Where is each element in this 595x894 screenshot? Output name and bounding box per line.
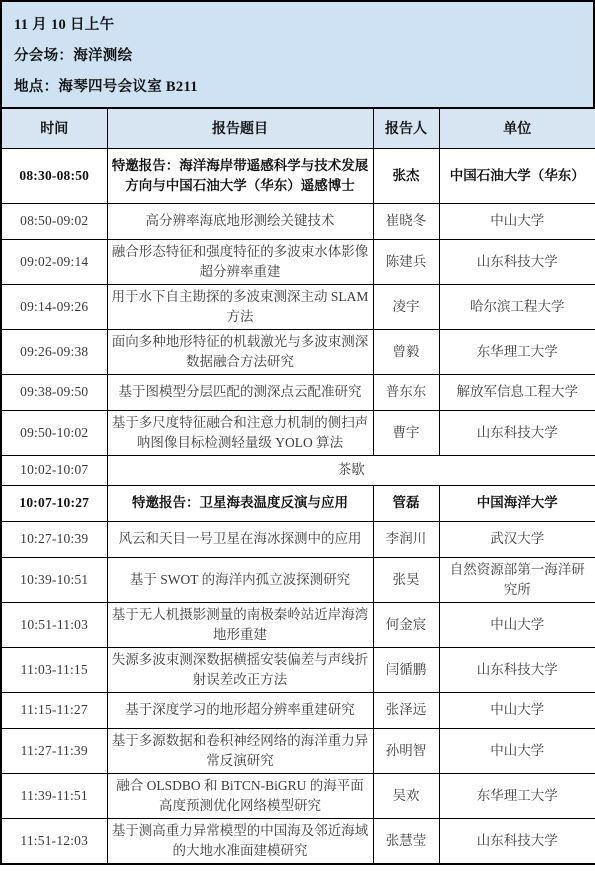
schedule-row: 09:14-09:26用于水下自主勘探的多波束测深主动 SLAM 方法凌宇哈尔滨… <box>1 284 595 329</box>
speaker-affiliation: 东华理工大学 <box>439 329 595 374</box>
schedule-row: 10:51-11:03基于无人机摄影测量的南极秦岭站近岸海湾地形重建何金宸中山大… <box>1 602 595 647</box>
talk-title: 融合形态特征和强度特征的多波束水体影像超分辨率重建 <box>107 239 373 284</box>
session-location: 地点：海琴四号会议室 B211 <box>14 72 581 103</box>
time-cell: 11:27-11:39 <box>1 728 107 773</box>
schedule-row: 11:51-12:03基于测高重力异常模型的中国海及邻近海域的大地水准面建模研究… <box>1 818 595 864</box>
speaker-name: 崔晓冬 <box>373 203 439 239</box>
time-cell: 08:50-09:02 <box>1 203 107 239</box>
time-cell: 10:07-10:27 <box>1 485 107 521</box>
talk-title: 基于多尺度特征融合和注意力机制的侧扫声呐图像目标检测轻量级 YOLO 算法 <box>107 410 373 455</box>
talk-title: 基于 SWOT 的海洋内孤立波探测研究 <box>107 557 373 602</box>
schedule-table: 时间 报告题目 报告人 单位 08:30-08:50特邀报告：海洋海岸带遥感科学… <box>0 107 595 865</box>
speaker-affiliation: 中国石油大学（华东） <box>439 148 595 203</box>
speaker-affiliation: 东华理工大学 <box>439 773 595 818</box>
speaker-affiliation: 中山大学 <box>439 203 595 239</box>
time-cell: 11:51-12:03 <box>1 818 107 864</box>
schedule-row: 11:27-11:39基于多源数据和卷积神经网络的海洋重力异常反演研究孙明智中山… <box>1 728 595 773</box>
column-header-row: 时间 报告题目 报告人 单位 <box>1 108 595 148</box>
speaker-name: 凌宇 <box>373 284 439 329</box>
schedule-row: 10:27-10:39风云和天目一号卫星在海冰探测中的应用李润川武汉大学 <box>1 521 595 557</box>
schedule-table-header: 时间 报告题目 报告人 单位 <box>1 108 595 148</box>
column-header-affiliation: 单位 <box>439 108 595 148</box>
time-cell: 10:27-10:39 <box>1 521 107 557</box>
talk-title: 基于多源数据和卷积神经网络的海洋重力异常反演研究 <box>107 728 373 773</box>
session-schedule-document: 11 月 10 日上午 分会场：海洋测绘 地点：海琴四号会议室 B211 时间 … <box>0 0 595 865</box>
talk-title: 失源多波束测深数据横摇安装偏差与声线折射误差改正方法 <box>107 647 373 692</box>
schedule-row: 11:15-11:27基于深度学习的地形超分辨率重建研究张泽远中山大学 <box>1 692 595 728</box>
talk-title: 基于深度学习的地形超分辨率重建研究 <box>107 692 373 728</box>
talk-title: 特邀报告：卫星海表温度反演与应用 <box>107 485 373 521</box>
break-row: 10:02-10:07茶歇 <box>1 455 595 485</box>
speaker-affiliation: 中国海洋大学 <box>439 485 595 521</box>
speaker-name: 曾毅 <box>373 329 439 374</box>
schedule-row: 08:30-08:50特邀报告：海洋海岸带遥感科学与技术发展方向与中国石油大学（… <box>1 148 595 203</box>
speaker-name: 张杰 <box>373 148 439 203</box>
talk-title: 风云和天目一号卫星在海冰探测中的应用 <box>107 521 373 557</box>
time-cell: 11:39-11:51 <box>1 773 107 818</box>
talk-title: 特邀报告：海洋海岸带遥感科学与技术发展方向与中国石油大学（华东）遥感博士 <box>107 148 373 203</box>
speaker-affiliation: 山东科技大学 <box>439 410 595 455</box>
session-date: 11 月 10 日上午 <box>14 10 581 41</box>
speaker-affiliation: 山东科技大学 <box>439 647 595 692</box>
talk-title: 面向多种地形特征的机载激光与多波束测深数据融合方法研究 <box>107 329 373 374</box>
time-cell: 11:03-11:15 <box>1 647 107 692</box>
speaker-affiliation: 中山大学 <box>439 728 595 773</box>
schedule-row: 10:07-10:27特邀报告：卫星海表温度反演与应用管磊中国海洋大学 <box>1 485 595 521</box>
talk-title: 基于图模型分层匹配的测深点云配准研究 <box>107 374 373 410</box>
speaker-name: 李润川 <box>373 521 439 557</box>
column-header-time: 时间 <box>1 108 107 148</box>
speaker-name: 普东东 <box>373 374 439 410</box>
session-name: 分会场：海洋测绘 <box>14 41 581 72</box>
time-cell: 09:26-09:38 <box>1 329 107 374</box>
time-cell: 10:39-10:51 <box>1 557 107 602</box>
talk-title: 融合 OLSDBO 和 BiTCN-BiGRU 的海平面高度预测优化网络模型研究 <box>107 773 373 818</box>
time-cell: 09:38-09:50 <box>1 374 107 410</box>
time-cell: 11:15-11:27 <box>1 692 107 728</box>
speaker-name: 何金宸 <box>373 602 439 647</box>
schedule-body: 08:30-08:50特邀报告：海洋海岸带遥感科学与技术发展方向与中国石油大学（… <box>1 148 595 864</box>
speaker-name: 曹宇 <box>373 410 439 455</box>
speaker-affiliation: 自然资源部第一海洋研究所 <box>439 557 595 602</box>
speaker-name: 闫循鹏 <box>373 647 439 692</box>
talk-title: 用于水下自主勘探的多波束测深主动 SLAM 方法 <box>107 284 373 329</box>
time-cell: 10:51-11:03 <box>1 602 107 647</box>
speaker-name: 张泽远 <box>373 692 439 728</box>
speaker-affiliation: 山东科技大学 <box>439 818 595 864</box>
speaker-affiliation: 哈尔滨工程大学 <box>439 284 595 329</box>
time-cell: 10:02-10:07 <box>1 455 107 485</box>
schedule-row: 09:38-09:50基于图模型分层匹配的测深点云配准研究普东东解放军信息工程大… <box>1 374 595 410</box>
time-cell: 09:14-09:26 <box>1 284 107 329</box>
talk-title: 基于测高重力异常模型的中国海及邻近海域的大地水准面建模研究 <box>107 818 373 864</box>
session-header: 11 月 10 日上午 分会场：海洋测绘 地点：海琴四号会议室 B211 <box>0 0 595 107</box>
column-header-title: 报告题目 <box>107 108 373 148</box>
column-header-speaker: 报告人 <box>373 108 439 148</box>
schedule-row: 09:02-09:14融合形态特征和强度特征的多波束水体影像超分辨率重建陈建兵山… <box>1 239 595 284</box>
speaker-name: 张昊 <box>373 557 439 602</box>
speaker-name: 孙明智 <box>373 728 439 773</box>
speaker-name: 管磊 <box>373 485 439 521</box>
schedule-row: 09:26-09:38面向多种地形特征的机载激光与多波束测深数据融合方法研究曾毅… <box>1 329 595 374</box>
speaker-affiliation: 解放军信息工程大学 <box>439 374 595 410</box>
speaker-affiliation: 山东科技大学 <box>439 239 595 284</box>
time-cell: 09:50-10:02 <box>1 410 107 455</box>
speaker-name: 陈建兵 <box>373 239 439 284</box>
schedule-row: 09:50-10:02基于多尺度特征融合和注意力机制的侧扫声呐图像目标检测轻量级… <box>1 410 595 455</box>
schedule-row: 10:39-10:51基于 SWOT 的海洋内孤立波探测研究张昊自然资源部第一海… <box>1 557 595 602</box>
talk-title: 高分辨率海底地形测绘关键技术 <box>107 203 373 239</box>
time-cell: 09:02-09:14 <box>1 239 107 284</box>
talk-title: 基于无人机摄影测量的南极秦岭站近岸海湾地形重建 <box>107 602 373 647</box>
speaker-name: 吴欢 <box>373 773 439 818</box>
speaker-affiliation: 中山大学 <box>439 692 595 728</box>
speaker-name: 张慧莹 <box>373 818 439 864</box>
schedule-row: 11:03-11:15失源多波束测深数据横摇安装偏差与声线折射误差改正方法闫循鹏… <box>1 647 595 692</box>
schedule-row: 11:39-11:51融合 OLSDBO 和 BiTCN-BiGRU 的海平面高… <box>1 773 595 818</box>
speaker-affiliation: 中山大学 <box>439 602 595 647</box>
break-label: 茶歇 <box>107 455 595 485</box>
speaker-affiliation: 武汉大学 <box>439 521 595 557</box>
time-cell: 08:30-08:50 <box>1 148 107 203</box>
schedule-row: 08:50-09:02高分辨率海底地形测绘关键技术崔晓冬中山大学 <box>1 203 595 239</box>
